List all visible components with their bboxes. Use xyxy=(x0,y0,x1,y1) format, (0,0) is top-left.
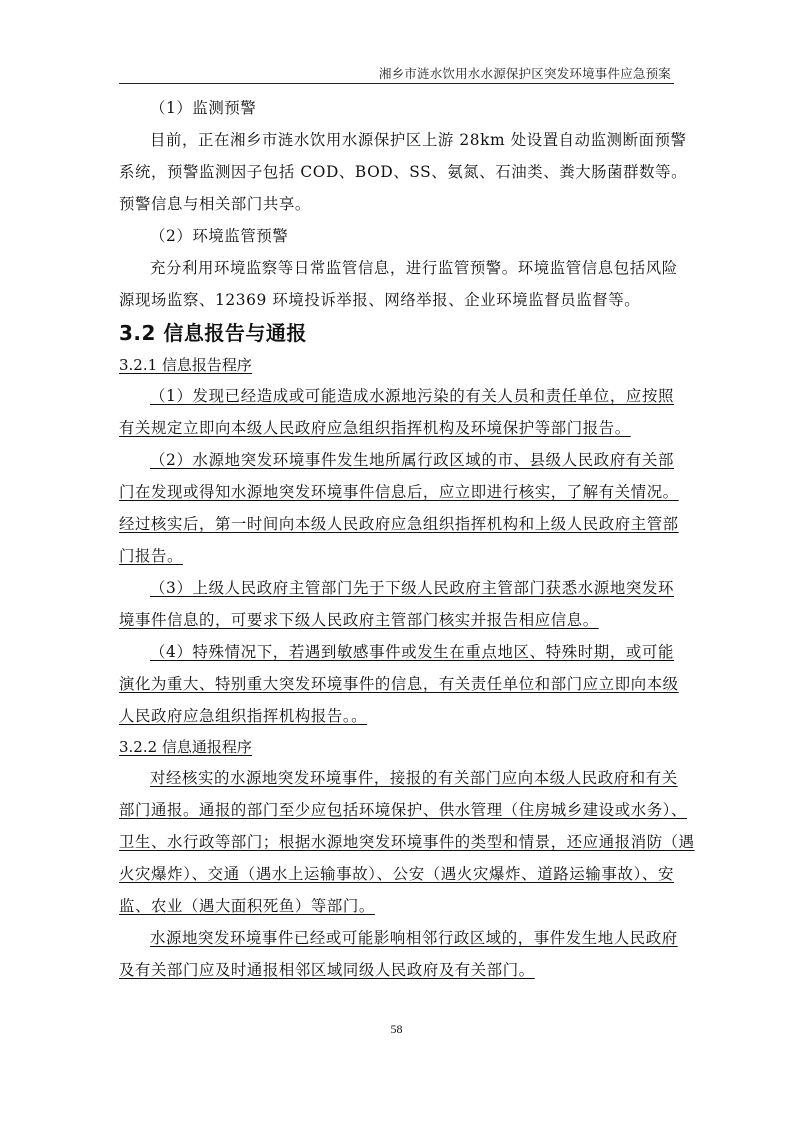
paragraph-line: 目前，正在湘乡市涟水饮用水源保护区上游 28km 处设置自动监测断面预警 xyxy=(119,124,674,156)
section-heading-3-2-1: 3.2.1 信息报告程序 xyxy=(119,350,674,380)
paragraph-line: 人民政府应急组织指挥机构报告。。 xyxy=(119,700,674,732)
paragraph-line: 系统，预警监测因子包括 COD、BOD、SS、氨氮、石油类、粪大肠菌群数等。 xyxy=(119,156,674,188)
paragraph-text: 卫生、水行政等部门；根据水源地突发环境事件的类型和情景，还应通报消防（遇 xyxy=(119,833,695,851)
paragraph-line: 境事件信息的，可要求下级人民政府主管部门核实并报告相应信息。 xyxy=(119,604,674,636)
paragraph-line: 源现场监察、12369 环境投诉举报、网络举报、企业环境监督员监督等。 xyxy=(119,284,674,316)
paragraph-text: （3）上级人民政府主管部门先于下级人民政府主管部门获悉水源地突发环 xyxy=(150,579,674,597)
paragraph-line: 充分利用环境监察等日常监管信息，进行监管预警。环境监管信息包括风险 xyxy=(119,252,674,284)
paragraph-text: 门报告。 xyxy=(119,547,183,565)
paragraph-line: （4）特殊情况下，若遇到敏感事件或发生在重点地区、特殊时期，或可能 xyxy=(119,636,674,668)
section-heading-3-2: 3.2 信息报告与通报 xyxy=(119,316,674,350)
paragraph-line: （3）上级人民政府主管部门先于下级人民政府主管部门获悉水源地突发环 xyxy=(119,572,674,604)
page-number: 58 xyxy=(0,1022,793,1037)
paragraph-line: 经过核实后，第一时间向本级人民政府应急组织指挥机构和上级人民政府主管部 xyxy=(119,508,674,540)
paragraph-line: 对经核实的水源地突发环境事件，接报的有关部门应向本级人民政府和有关 xyxy=(119,762,674,794)
paragraph-text: 境事件信息的，可要求下级人民政府主管部门核实并报告相应信息。 xyxy=(119,611,599,629)
paragraph-line: 有关规定立即向本级人民政府应急组织指挥机构及环境保护等部门报告。 xyxy=(119,412,674,444)
subheading-monitor-warning: （1）监测预警 xyxy=(119,92,674,124)
paragraph-text: 门在发现或得知水源地突发环境事件信息后，应立即进行核实，了解有关情况。 xyxy=(119,483,679,501)
paragraph-line: 部门通报。通报的部门至少应包括环境保护、供水管理（住房城乡建设或水务）、 xyxy=(119,794,674,826)
page-body: （1）监测预警 目前，正在湘乡市涟水饮用水源保护区上游 28km 处设置自动监测… xyxy=(119,92,674,986)
paragraph-text: （1）发现已经造成或可能造成水源地污染的有关人员和责任单位，应按照 xyxy=(150,387,674,405)
paragraph-line: 水源地突发环境事件已经或可能影响相邻行政区域的，事件发生地人民政府 xyxy=(119,922,674,954)
paragraph-text: 监、农业（遇大面积死鱼）等部门。 xyxy=(119,897,375,915)
paragraph-line: 门在发现或得知水源地突发环境事件信息后，应立即进行核实，了解有关情况。 xyxy=(119,476,674,508)
paragraph-line: 监、农业（遇大面积死鱼）等部门。 xyxy=(119,890,674,922)
paragraph-line: 演化为重大、特别重大突发环境事件的信息，有关责任单位和部门应立即向本级 xyxy=(119,668,674,700)
paragraph-text: 火灾爆炸）、交通（遇水上运输事故）、公安（遇火灾爆炸、道路运输事故）、安 xyxy=(119,865,674,883)
paragraph-text: （4）特殊情况下，若遇到敏感事件或发生在重点地区、特殊时期，或可能 xyxy=(150,643,674,661)
paragraph-text: 及有关部门应及时通报相邻区域同级人民政府及有关部门。 xyxy=(119,961,535,979)
paragraph-text: 人民政府应急组织指挥机构报告。。 xyxy=(119,707,367,725)
paragraph-text: 经过核实后，第一时间向本级人民政府应急组织指挥机构和上级人民政府主管部 xyxy=(119,515,679,533)
paragraph-line: 火灾爆炸）、交通（遇水上运输事故）、公安（遇火灾爆炸、道路运输事故）、安 xyxy=(119,858,674,890)
paragraph-text: 水源地突发环境事件已经或可能影响相邻行政区域的，事件发生地人民政府 xyxy=(150,929,678,947)
paragraph-text: 有关规定立即向本级人民政府应急组织指挥机构及环境保护等部门报告。 xyxy=(119,419,631,437)
document-title: 湘乡市涟水饮用水水源保护区突发环境事件应急预案 xyxy=(379,64,671,82)
paragraph-text: 部门通报。通报的部门至少应包括环境保护、供水管理（住房城乡建设或水务）、 xyxy=(119,801,687,819)
section-heading-3-2-2: 3.2.2 信息通报程序 xyxy=(119,732,674,762)
paragraph-text: 对经核实的水源地突发环境事件，接报的有关部门应向本级人民政府和有关 xyxy=(150,769,678,787)
section-heading-3-2-1-text: 3.2.1 信息报告程序 xyxy=(119,356,252,374)
section-heading-3-2-2-text: 3.2.2 信息通报程序 xyxy=(119,738,252,756)
paragraph-text: （2）水源地突发环境事件发生地所属行政区域的市、县级人民政府有关部 xyxy=(150,451,674,469)
paragraph-line: 卫生、水行政等部门；根据水源地突发环境事件的类型和情景，还应通报消防（遇 xyxy=(119,826,674,858)
paragraph-line: （1）发现已经造成或可能造成水源地污染的有关人员和责任单位，应按照 xyxy=(119,380,674,412)
paragraph-line: 及有关部门应及时通报相邻区域同级人民政府及有关部门。 xyxy=(119,954,674,986)
paragraph-line: 门报告。 xyxy=(119,540,674,572)
page-header: 湘乡市涟水饮用水水源保护区突发环境事件应急预案 xyxy=(119,64,674,84)
paragraph-text: 演化为重大、特别重大突发环境事件的信息，有关责任单位和部门应立即向本级 xyxy=(119,675,679,693)
paragraph-line: （2）水源地突发环境事件发生地所属行政区域的市、县级人民政府有关部 xyxy=(119,444,674,476)
paragraph-line: 预警信息与相关部门共享。 xyxy=(119,188,674,220)
subheading-supervision-warning: （2）环境监管预警 xyxy=(119,220,674,252)
